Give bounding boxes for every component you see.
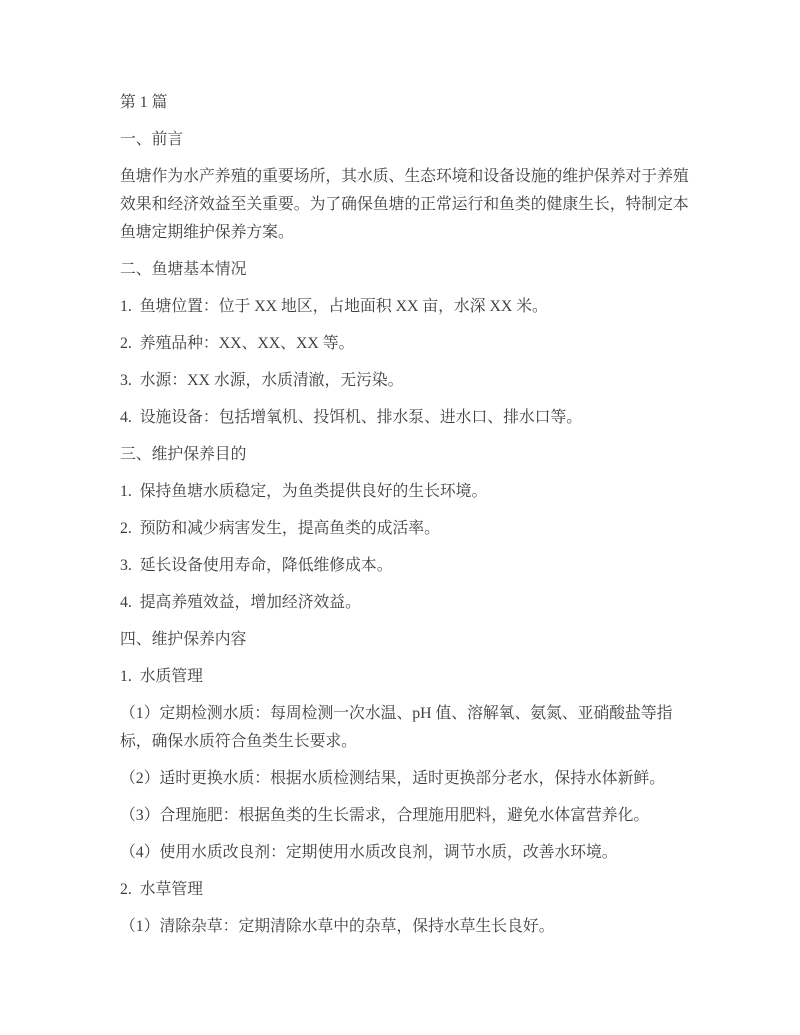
list-item: 2. 养殖品种：XX、XX、XX 等。 <box>120 330 690 358</box>
list-item: 1. 保持鱼塘水质稳定，为鱼类提供良好的生长环境。 <box>120 478 690 506</box>
list-item: 1. 鱼塘位置：位于 XX 地区，占地面积 XX 亩，水深 XX 米。 <box>120 293 690 321</box>
section-heading-maintenance-purpose: 三、维护保养目的 <box>120 441 690 469</box>
document-page: 第 1 篇 一、前言 鱼塘作为水产养殖的重要场所，其水质、生态环境和设备设施的维… <box>0 0 800 1035</box>
list-item: 4. 提高养殖效益，增加经济效益。 <box>120 589 690 617</box>
preface-paragraph: 鱼塘作为水产养殖的重要场所，其水质、生态环境和设备设施的维护保养对于养殖效果和经… <box>120 163 690 247</box>
list-item: （2）适时更换水质：根据水质检测结果，适时更换部分老水，保持水体新鲜。 <box>120 765 690 793</box>
section-heading-preface: 一、前言 <box>120 126 690 154</box>
list-item: （1）定期检测水质：每周检测一次水温、pH 值、溶解氧、氨氮、亚硝酸盐等指标，确… <box>120 700 690 756</box>
list-item: 2. 预防和减少病害发生，提高鱼类的成活率。 <box>120 515 690 543</box>
part-title: 第 1 篇 <box>120 89 690 117</box>
subsection-heading-aquatic-plants: 2. 水草管理 <box>120 876 690 904</box>
list-item: 3. 水源：XX 水源，水质清澈，无污染。 <box>120 367 690 395</box>
list-item: （1）清除杂草：定期清除水草中的杂草，保持水草生长良好。 <box>120 913 690 941</box>
list-item: （4）使用水质改良剂：定期使用水质改良剂，调节水质，改善水环境。 <box>120 839 690 867</box>
subsection-heading-water-quality: 1. 水质管理 <box>120 663 690 691</box>
list-item: 3. 延长设备使用寿命，降低维修成本。 <box>120 552 690 580</box>
section-heading-basic-info: 二、鱼塘基本情况 <box>120 256 690 284</box>
section-heading-maintenance-content: 四、维护保养内容 <box>120 626 690 654</box>
list-item: 4. 设施设备：包括增氧机、投饵机、排水泵、进水口、排水口等。 <box>120 404 690 432</box>
list-item: （3）合理施肥：根据鱼类的生长需求，合理施用肥料，避免水体富营养化。 <box>120 802 690 830</box>
